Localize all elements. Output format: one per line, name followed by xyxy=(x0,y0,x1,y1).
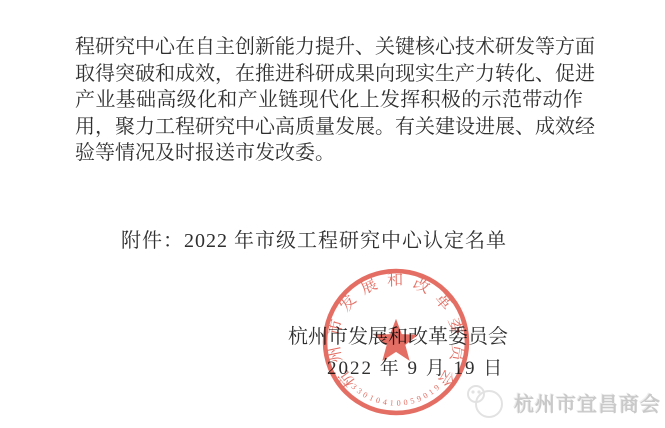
body-line-2: 取得突破和成效，在推进科研成果向现实生产力转化、促进 xyxy=(75,61,583,88)
body-line-3: 产业基础高级化和产业链现代化上发挥积极的示范带动作 xyxy=(75,87,583,114)
scanned-document-page: 程研究中心在自主创新能力提升、关键核心技术研发等方面 取得突破和成效，在推进科研… xyxy=(0,0,665,428)
watermark: 杭州市宜昌商会 xyxy=(464,384,661,420)
body-line-5: 验等情况及时报送市发改委。 xyxy=(75,140,583,167)
watermark-logo-icon xyxy=(464,384,508,420)
body-line-4: 用，聚力工程研究中心高质量发展。有关建设进展、成效经 xyxy=(75,114,583,141)
attachment-line: 附件：2022 年市级工程研究中心认定名单 xyxy=(121,224,507,253)
signature-org: 杭州市发展和改革委员会 xyxy=(288,320,494,349)
watermark-text: 杭州市宜昌商会 xyxy=(514,388,661,417)
seal-code-text: 33010410059019 xyxy=(349,382,441,408)
body-line-1: 程研究中心在自主创新能力提升、关键核心技术研发等方面 xyxy=(75,34,583,61)
document-body: 程研究中心在自主创新能力提升、关键核心技术研发等方面 取得突破和成效，在推进科研… xyxy=(75,34,583,167)
signature-date: 2022 年 9 月 19 日 xyxy=(327,353,504,380)
